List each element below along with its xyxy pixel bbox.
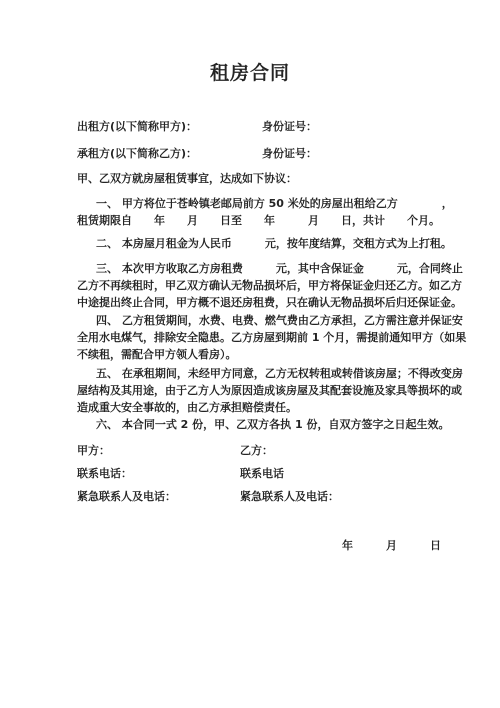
party-a-signature-label: 甲方： [77, 442, 110, 458]
clause-6-line-1: 六、 本合同一式 2 份，甲、乙双方各执 1 份，自双方签字之日起生效。 [77, 416, 449, 433]
agreement-intro: 甲、乙双方就房屋租赁事宜，达成如下协议： [77, 172, 297, 186]
document-title: 租房合同 [0, 58, 500, 85]
clause-4: 四、 乙方租赁期间，水费、电费、燃气费由乙方承担，乙方需注意并保证安 全用水电煤… [77, 312, 466, 363]
party-a-emergency-contact-label: 紧急联系人及电话： [77, 488, 176, 504]
lessee-label: 承租方(以下简称乙方)： [77, 147, 197, 161]
clause-4-line-3: 不续租，需配合甲方领人看房）。 [77, 346, 466, 363]
clause-1: 一、 甲方将位于苍岭镇老邮局前方 50 米处的房屋出租给乙方 ， 租赁期限自 年… [77, 195, 453, 229]
party-a-phone-label: 联系电话： [77, 465, 132, 481]
clause-5-line-2: 屋结构及其用途，由于乙方人为原因造成该房屋及其配套设施及家具等损坏的或 [77, 382, 463, 399]
clause-2: 二、 本房屋月租金为人民币 元，按年度结算，交租方式为上打租。 [77, 235, 452, 252]
rental-contract-page: 租房合同 出租方(以下简称甲方)： 身份证号： 承租方(以下简称乙方)： 身份证… [0, 0, 500, 708]
party-b-phone-label: 联系电话 [240, 465, 284, 481]
clause-5-line-1: 五、 在承租期间，未经甲方同意，乙方无权转租或转借该房屋；不得改变房 [77, 365, 463, 382]
lessee-id-label: 身份证号： [262, 147, 317, 161]
clause-4-line-2: 全用水电煤气，排除安全隐患。乙方房屋到期前 1 个月，需提前通知甲方（如果 [77, 329, 466, 346]
lessor-id-label: 身份证号： [262, 120, 317, 134]
clause-3-line-2: 乙方不再续租时，甲乙双方确认无物品损坏后，甲方将保证金归还乙方。如乙方 [77, 277, 463, 294]
party-b-signature-label: 乙方： [240, 442, 273, 458]
clause-4-line-1: 四、 乙方租赁期间，水费、电费、燃气费由乙方承担，乙方需注意并保证安 [77, 312, 466, 329]
clause-3-line-3: 中途提出终止合同，甲方概不退还房租费，只在确认无物品损坏后归还保证金。 [77, 294, 463, 311]
clause-2-line-1: 二、 本房屋月租金为人民币 元，按年度结算，交租方式为上打租。 [77, 235, 452, 252]
clause-3: 三、 本次甲方收取乙方房租费 元，其中含保证金 元，合同终止 乙方不再续租时，甲… [77, 260, 463, 311]
clause-5: 五、 在承租期间，未经甲方同意，乙方无权转租或转借该房屋；不得改变房 屋结构及其… [77, 365, 463, 416]
clause-3-line-1: 三、 本次甲方收取乙方房租费 元，其中含保证金 元，合同终止 [77, 260, 463, 277]
clause-5-line-3: 造成重大安全事故的，由乙方承担赔偿责任。 [77, 399, 463, 416]
clause-1-line-1: 一、 甲方将位于苍岭镇老邮局前方 50 米处的房屋出租给乙方 ， [77, 195, 453, 212]
clause-1-line-2: 租赁期限自 年 月 日至 年 月 日，共计 个月。 [77, 212, 453, 229]
lessor-label: 出租方(以下简称甲方)： [77, 120, 197, 134]
party-b-emergency-contact-label: 紧急联系人及电话： [240, 488, 339, 504]
date-line: 年 月 日 [342, 537, 441, 553]
clause-6: 六、 本合同一式 2 份，甲、乙双方各执 1 份，自双方签字之日起生效。 [77, 416, 449, 433]
